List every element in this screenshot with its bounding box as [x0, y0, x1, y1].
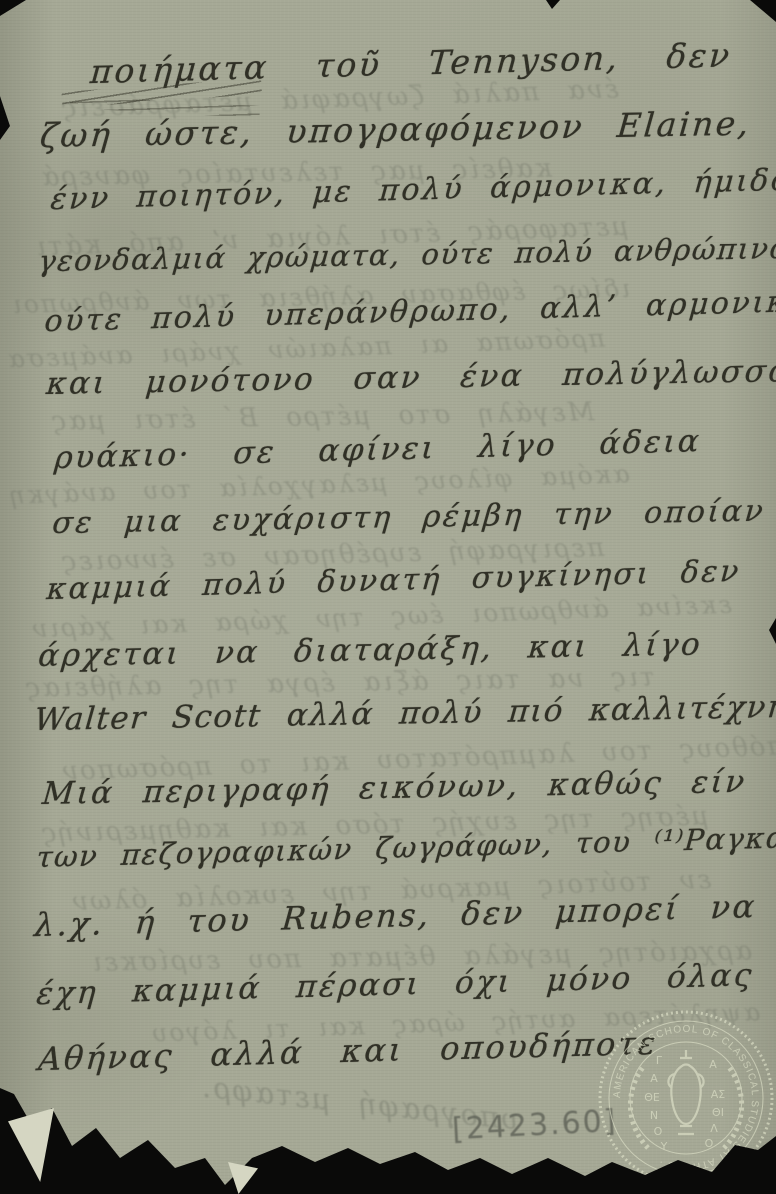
svg-text:Λ: Λ	[710, 1122, 718, 1135]
svg-text:AMERICAN SCHOOL OF CLASSICAL S: AMERICAN SCHOOL OF CLASSICAL STUDIES AT …	[612, 1024, 760, 1172]
stamp-ring-text: AMERICAN SCHOOL OF CLASSICAL STUDIES AT …	[612, 1024, 760, 1172]
handwriting-line: Αθήνας αλλά και οπουδήποτε	[37, 1024, 659, 1078]
svg-text:ΘΙ: ΘΙ	[712, 1106, 724, 1119]
torn-edge-underlayer	[228, 1162, 258, 1194]
torn-edge-underlayer	[8, 1108, 54, 1182]
svg-text:ΑΣ: ΑΣ	[711, 1088, 726, 1101]
catalog-number-pencil: [2423.60]	[451, 1104, 618, 1148]
svg-text:Υ: Υ	[660, 1140, 668, 1153]
svg-text:Γ: Γ	[656, 1054, 663, 1067]
manuscript-page: ένα παλιά ζωγραφιά μεταφράσεις καθείς μα…	[0, 0, 776, 1194]
svg-text:Ο: Ο	[705, 1137, 714, 1150]
library-stamp-icon: AMERICAN SCHOOL OF CLASSICAL STUDIES AT …	[596, 1008, 776, 1188]
svg-text:Α: Α	[709, 1058, 717, 1071]
amphora-icon	[668, 1050, 703, 1134]
svg-text:ΘΕ: ΘΕ	[644, 1091, 660, 1104]
svg-text:Ν: Ν	[650, 1109, 658, 1122]
svg-text:Α: Α	[650, 1072, 658, 1085]
svg-text:Ο: Ο	[654, 1125, 663, 1138]
